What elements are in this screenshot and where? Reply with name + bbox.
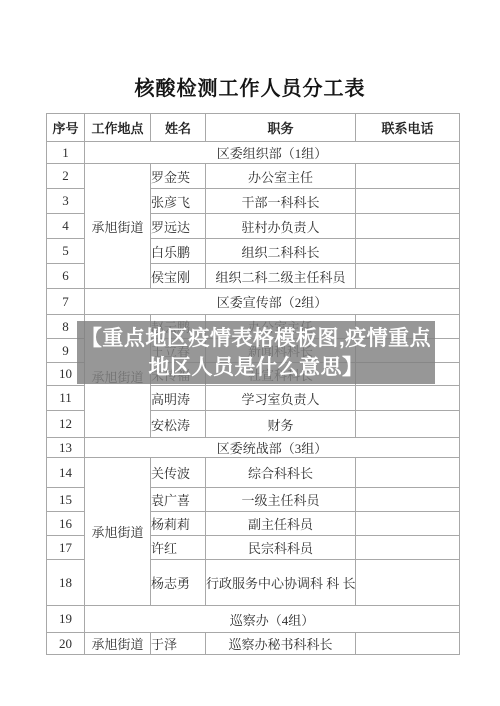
cell-location: 承旭街道 [85,164,151,289]
cell-serial: 18 [47,560,85,606]
cell-position: 组织二科科长 [206,239,356,264]
watermark-text-line2: 地区人员是什么意思】 [77,353,435,382]
cell-position: 一级主任科员 [206,488,356,512]
cell-position: 巡察办秘书科科长 [206,633,356,655]
cell-location: 承旭街道 [85,633,151,655]
group-row: 19 巡察办（4组） [47,606,460,633]
cell-name: 关传波 [151,458,206,488]
cell-phone [356,512,460,536]
table-header-row: 序号 工作地点 姓名 职务 联系电话 [47,114,460,142]
header-cell-phone: 联系电话 [356,114,460,142]
cell-serial: 6 [47,264,85,289]
cell-serial: 3 [47,189,85,214]
cell-serial: 2 [47,164,85,189]
cell-phone [356,264,460,289]
cell-name: 袁广喜 [151,488,206,512]
document-page: 核酸检测工作人员分工表 序号 工作地点 姓名 职务 联系电话 1 区委组织部（1… [0,0,500,706]
cell-position: 办公室主任 [206,164,356,189]
cell-phone [356,560,460,606]
cell-name: 罗远达 [151,214,206,239]
staff-assignment-table: 序号 工作地点 姓名 职务 联系电话 1 区委组织部（1组） 2 承旭街道 罗金… [46,113,460,655]
cell-position: 民宗科科员 [206,536,356,560]
group-row: 1 区委组织部（1组） [47,142,460,164]
cell-position: 组织二科二级主任科员 [206,264,356,289]
cell-name: 张彦飞 [151,189,206,214]
cell-serial: 17 [47,536,85,560]
cell-name: 白乐鹏 [151,239,206,264]
group-row: 13 区委统战部（3组） [47,438,460,458]
table-row: 20 承旭街道 于泽 巡察办秘书科科长 [47,633,460,655]
table-row: 14 承旭街道 关传波 综合科科长 [47,458,460,488]
cell-serial: 12 [47,411,85,438]
header-cell-name: 姓名 [151,114,206,142]
cell-position: 学习室负责人 [206,386,356,411]
cell-name: 高明涛 [151,386,206,411]
header-cell-location: 工作地点 [85,114,151,142]
cell-position: 驻村办负责人 [206,214,356,239]
cell-serial: 5 [47,239,85,264]
cell-phone [356,386,460,411]
watermark-text-line1: 【重点地区疫情表格模板图,疫情重点 [77,324,435,353]
cell-phone [356,239,460,264]
cell-phone [356,633,460,655]
header-cell-serial: 序号 [47,114,85,142]
cell-position: 干部一科科长 [206,189,356,214]
cell-serial: 20 [47,633,85,655]
cell-position: 综合科科长 [206,458,356,488]
cell-serial: 19 [47,606,85,633]
cell-serial: 14 [47,458,85,488]
cell-location: 承旭街道 [85,458,151,606]
cell-serial: 4 [47,214,85,239]
watermark-overlay: 【重点地区疫情表格模板图,疫情重点 地区人员是什么意思】 [77,321,435,384]
cell-phone [356,536,460,560]
cell-name: 罗金英 [151,164,206,189]
cell-name: 杨莉莉 [151,512,206,536]
cell-phone [356,164,460,189]
cell-phone [356,458,460,488]
cell-position: 副主任科员 [206,512,356,536]
cell-name: 杨志勇 [151,560,206,606]
group-row: 7 区委宣传部（2组） [47,289,460,315]
table-row: 2 承旭街道 罗金英 办公室主任 [47,164,460,189]
cell-position: 财务 [206,411,356,438]
cell-name: 侯宝刚 [151,264,206,289]
cell-serial: 1 [47,142,85,164]
cell-phone [356,411,460,438]
cell-phone [356,488,460,512]
cell-phone [356,189,460,214]
cell-name: 安松涛 [151,411,206,438]
header-cell-position: 职务 [206,114,356,142]
group-label-cell: 区委统战部（3组） [85,438,460,458]
cell-name: 于泽 [151,633,206,655]
cell-serial: 11 [47,386,85,411]
cell-serial: 13 [47,438,85,458]
cell-serial: 7 [47,289,85,315]
page-title: 核酸检测工作人员分工表 [0,72,500,101]
group-label-cell: 区委组织部（1组） [85,142,460,164]
cell-position: 行政服务中心协调科 科 长 [206,560,356,606]
group-label-cell: 巡察办（4组） [85,606,460,633]
cell-serial: 16 [47,512,85,536]
cell-serial: 15 [47,488,85,512]
cell-name: 许红 [151,536,206,560]
group-label-cell: 区委宣传部（2组） [85,289,460,315]
cell-phone [356,214,460,239]
